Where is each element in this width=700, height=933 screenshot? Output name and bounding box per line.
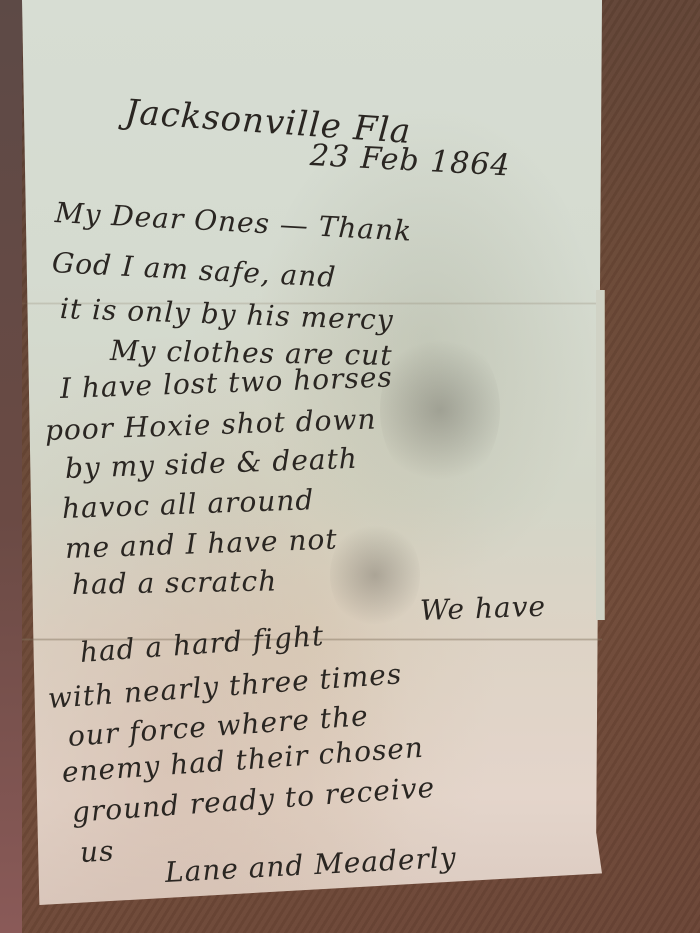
ink-splatter	[380, 330, 500, 490]
table-edge-left	[0, 0, 22, 933]
letter-line-10: had a scratch	[72, 564, 278, 601]
ink-splatter	[330, 520, 420, 630]
paper-fold-edge	[596, 290, 605, 620]
letter-line-11: We have	[419, 590, 546, 627]
letter-line-17: us	[79, 834, 115, 869]
